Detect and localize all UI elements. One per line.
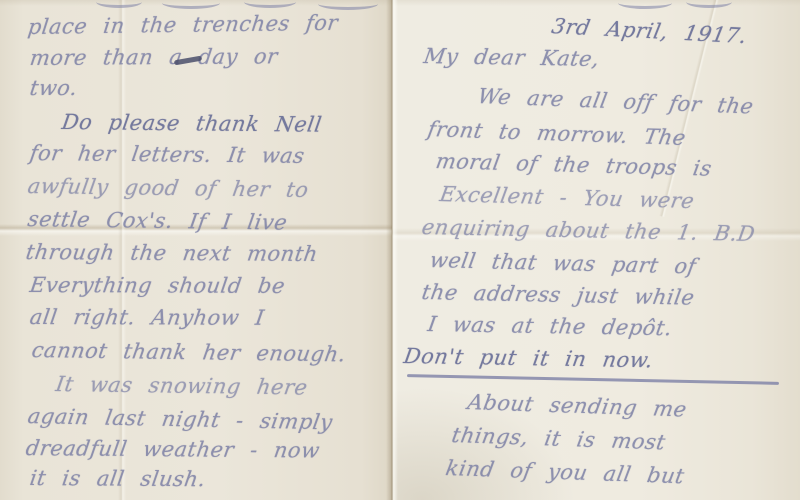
- handwritten-line: I was at the depôt.: [426, 312, 674, 340]
- handwritten-line: Everything should be: [28, 273, 286, 298]
- handwritten-line: cannot thank her enough.: [30, 338, 348, 366]
- handwritten-line: more than a day or: [28, 44, 279, 70]
- handwritten-line: through the next month: [24, 240, 319, 266]
- handwritten-line: for her letters. It was: [28, 141, 306, 168]
- letter-salutation: My dear Kate,: [422, 44, 601, 71]
- handwritten-line: place in the trenches for: [26, 11, 339, 39]
- handwritten-line: all right. Anyhow I: [28, 305, 266, 330]
- handwritten-line: it is all slush.: [28, 466, 207, 491]
- handwritten-line: dreadfull weather - now: [24, 436, 321, 463]
- handwritten-line: settle Cox's. If I live: [26, 207, 289, 235]
- handwritten-line: two.: [28, 76, 79, 100]
- handwritten-line: awfully good of her to: [26, 174, 310, 202]
- letter-scan: place in the trenches for more than a da…: [0, 0, 800, 500]
- handwritten-line: It was snowing here: [54, 372, 309, 399]
- handwritten-line: Do please thank Nell: [60, 110, 323, 137]
- handwritten-line-emphasized: Don't put it in now.: [402, 344, 655, 372]
